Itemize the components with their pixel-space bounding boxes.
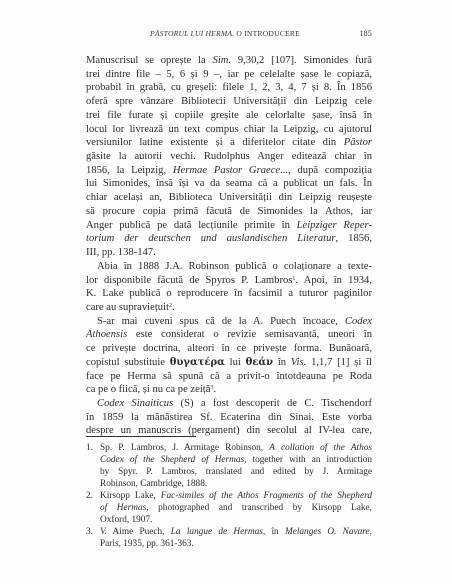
footnote-line: Robinson, Cambridge, 1888. [100,478,372,490]
text-line: lor disponibile făcută de Spyros P. Lamb… [86,274,372,288]
footnote-line: of Hermas, photographed and transcribed … [100,502,372,514]
text-line: copistul substituie θυγατέρα lui θεάν în… [86,356,372,370]
footnote-line: Codex of the Shepherd of Hermas, togethe… [100,454,372,466]
text-line: S-ar mai cuveni spus că de la A. Puech î… [86,315,372,329]
italic-text: Leipziger Reper- [297,220,372,231]
text-line: K. Lake publică o reproducere în facsimi… [86,287,372,301]
paragraph-1: Manuscrisul se oprește la Sim. 9,30,2 [1… [86,54,372,260]
text-line: probabil în grabă, cu greșeli: filele 1,… [86,81,372,95]
text-line: Codex Sinaiticus (S) a fost descoperit d… [86,397,372,411]
text-line: versiunilor latine existente și a diferi… [86,136,372,150]
greek-word: θυγατέρα [170,357,225,368]
footnote-separator [86,436,196,437]
text-line: în 1859 la mănăstirea Sf. Ecaterina din … [86,411,372,425]
footnote: 3.V. Aime Puech, La langue de Hermas, în… [86,526,372,550]
footnote: 2.Kirsopp Lake, Fac-similes of the Athos… [86,490,372,526]
footnote-line: Oxford, 1907. [100,514,372,526]
footnote-line: Sp. P. Lambros, J. Armitage Robinson, A … [100,442,372,454]
running-title-italic: PĂSTORUL LUI HERMA. [150,29,234,38]
footnote-ref: 2 [169,303,172,309]
text-line: să procure copia primă făcută de Simonid… [86,205,372,219]
running-title: PĂSTORUL LUI HERMA. O INTRODUCERE [150,29,300,38]
paragraph-3: S-ar mai cuveni spus că de la A. Puech î… [86,315,372,397]
text-line: ca pe o fiică, și nu ca pe zeiță3. [86,383,372,397]
italic-text: of Hermas [100,503,146,513]
text-line: face pe Herma să spună că a privit-o înt… [86,370,372,384]
footnote-line: Kirsopp Lake, Fac-similes of the Athos F… [100,490,372,502]
footnotes: 1.Sp. P. Lambros, J. Armitage Robinson, … [86,442,372,550]
italic-text: Sim. [213,55,232,66]
italic-text: torium der deutschen und auslandischen L… [86,233,336,244]
text-line: oferă spre vânzare Bibliotecii Universit… [86,95,372,109]
footnote-ref: 1 [292,276,295,282]
italic-text: V. [100,527,107,537]
text-line: torium der deutschen und auslandischen L… [86,232,372,246]
footnote-number: 2. [86,490,93,502]
italic-text: La langue de Hermas [171,527,263,537]
italic-text: Hermae Pastor Graece [173,165,280,176]
text-line: Manuscrisul se oprește la Sim. 9,30,2 [1… [86,54,372,68]
italic-text: Codex Sinaiticus [97,398,173,409]
text-line: ce privește doctrina, alteori în ce priv… [86,342,372,356]
footnote-line: V. Aime Puech, La langue de Hermas, în M… [100,526,372,538]
text-line: 1856, la Leipzig, Hermae Pastor Graece..… [86,164,372,178]
text-line: locul lor livrează un text compus chiar … [86,123,372,137]
italic-text: Păstor [344,137,372,148]
text-line: III, pp. 138-147. [86,246,372,260]
paragraph-2: Abia în 1888 J.A. Robinson publică o col… [86,260,372,315]
italic-text: Athoensis [86,329,127,340]
text-line: trei file furate și copiile greșite ale … [86,109,372,123]
text-line: chiar același an, Biblioteca Universităț… [86,191,372,205]
text-line: Anger publică pe dată lecțiunile primite… [86,219,372,233]
footnote-line: by Spyr. P. Lambros, translated and edit… [100,466,372,478]
text-line: trei dintre file – 5, 6 și 9 –, iar pe c… [86,68,372,82]
italic-text: A collation of the Athos [269,443,372,453]
italic-text: Vis. [291,357,306,368]
footnote-ref: 3 [210,385,213,391]
running-title-rest: O INTRODUCERE [234,29,300,38]
text-line: găsite la autorii vechi. Rudolphus Anger… [86,150,372,164]
running-head: PĂSTORUL LUI HERMA. O INTRODUCERE 185 [86,29,372,41]
footnote: 1.Sp. P. Lambros, J. Armitage Robinson, … [86,442,372,490]
text-line: lui Simonides, însă își va da seama că a… [86,177,372,191]
paragraph-4: Codex Sinaiticus (S) a fost descoperit d… [86,397,372,438]
body-text: Manuscrisul se oprește la Sim. 9,30,2 [1… [86,54,372,438]
greek-word: θεάν [246,357,273,368]
italic-text: Codex [345,316,372,327]
italic-text: Melanges O. Navare [285,527,370,537]
italic-text: Codex of the Shepherd of Hermas [100,455,244,465]
footnote-number: 3. [86,526,93,538]
text-line: Abia în 1888 J.A. Robinson publică o col… [86,260,372,274]
italic-text: Fac-similes of the Athos Fragments of th… [161,491,372,501]
footnote-number: 1. [86,442,93,454]
footnote-line: Paris, 1935, pp. 361-363. [100,538,372,550]
book-page: PĂSTORUL LUI HERMA. O INTRODUCERE 185 Ma… [0,0,452,584]
text-line: care au supraviețuit2. [86,301,372,315]
page-number: 185 [359,29,372,38]
text-line: Athoensis este considerat o revizie semi… [86,328,372,342]
